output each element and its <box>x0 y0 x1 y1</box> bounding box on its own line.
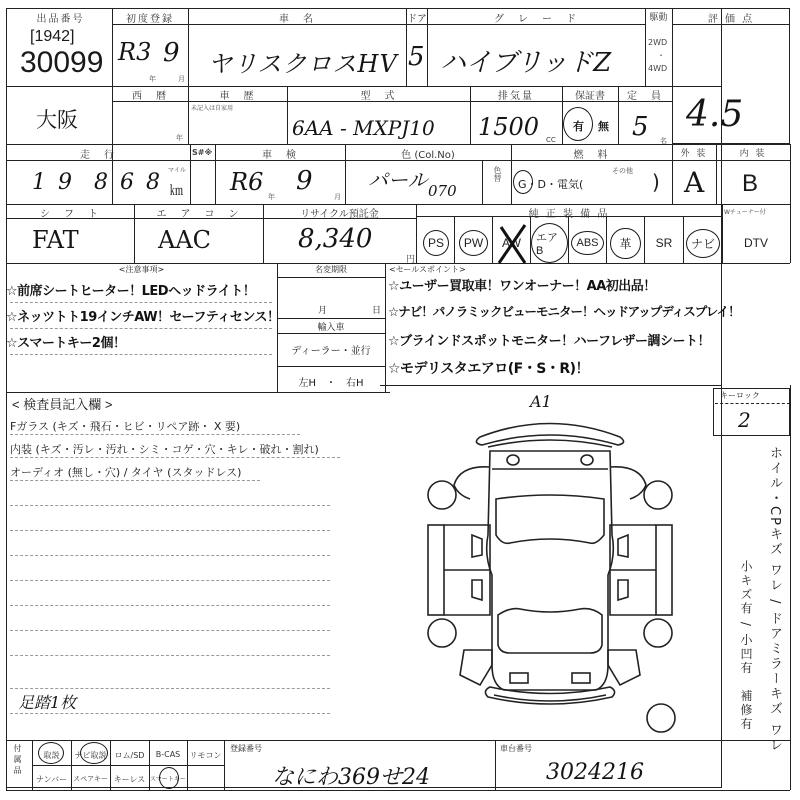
inspection-year: R6 <box>230 168 263 196</box>
row4-right-bottom <box>722 263 790 264</box>
mileage-digit: 1 <box>32 170 46 195</box>
note-guide <box>10 434 300 435</box>
accessory-spare-key: スペアキー <box>71 774 110 784</box>
mileage-mile-label: マイル <box>168 165 186 174</box>
displacement: 1500 <box>478 113 539 141</box>
col-divider <box>112 8 113 204</box>
note-guide <box>10 555 330 556</box>
fuel-close-paren: ) <box>652 170 660 194</box>
grade-label: グ レ ー ド <box>427 10 645 25</box>
note-guide <box>10 302 272 303</box>
col-divider <box>495 740 496 790</box>
inspector-title: < 検査員記入欄 > <box>12 394 112 413</box>
damage-mark-a1: A1 <box>530 392 552 411</box>
score-header-line <box>672 24 790 25</box>
note-guide <box>10 580 330 581</box>
header-line <box>277 366 385 367</box>
sales-line: ☆モデリスタエアロ(F・S・R)！ <box>388 358 589 378</box>
note-guide <box>10 328 272 329</box>
plate-label: 登録番号 <box>230 743 262 754</box>
equip-sunroof-label: SR <box>656 236 673 250</box>
caution-line: ☆スマートキー2個！ <box>6 332 125 351</box>
note-guide <box>10 480 260 481</box>
sales-label: <セールスポイント> <box>389 264 466 275</box>
header-line <box>715 403 790 404</box>
right-border <box>790 385 791 745</box>
car-damage-diagram <box>420 395 680 735</box>
equip-abs: ABS <box>569 225 606 261</box>
accessory-keyless: キーレス <box>110 774 149 785</box>
tuner-label: Wチューナー付 <box>724 207 766 216</box>
equip-navi: ナビ <box>684 225 722 261</box>
warranty-label: 保証書 <box>562 87 618 102</box>
mileage-digit: 8 <box>146 170 160 195</box>
car-name-label: 車 名 <box>188 10 406 25</box>
right-border <box>790 740 791 790</box>
year-label: 西 暦 <box>112 87 188 102</box>
note-guide <box>10 630 330 631</box>
header-line <box>277 318 385 319</box>
equip-leather-label: 革 <box>610 228 640 259</box>
exterior-grade: A <box>684 166 704 199</box>
fuel-other-label: その他 <box>612 166 633 176</box>
displacement-label: 排気量 <box>470 87 562 102</box>
shift-value: FAT <box>32 226 79 254</box>
equip-sunroof: SR <box>645 225 683 261</box>
interior-grade: B <box>742 170 758 198</box>
equip-dtv: DTV <box>722 225 790 261</box>
ac-value: AAC <box>158 226 211 254</box>
equip-airbag: エアB <box>531 225 568 261</box>
right-border <box>790 204 791 263</box>
accessory-circle <box>38 742 64 764</box>
s-label: S#※ <box>192 148 212 157</box>
first-reg-year: R3 <box>118 38 151 66</box>
fuel-label: 燃 料 <box>511 146 672 161</box>
wheel-damage-legend: ホイル・CPキズ ワレ / ドアミラーキズ ワレ <box>765 446 784 753</box>
equip-dtv-label: DTV <box>744 236 768 250</box>
header-line <box>277 333 385 334</box>
day-label: 日 <box>372 303 381 316</box>
first-reg-label: 初度登録 <box>112 10 188 25</box>
grade: ハイブリッドZ <box>440 42 611 79</box>
mileage-digit: 6 <box>120 170 134 195</box>
equip-leather: 革 <box>607 225 644 261</box>
handwritten-note: 足踏1枚 <box>18 690 76 713</box>
col-divider <box>224 740 225 790</box>
import-label: 輸入車 <box>277 320 385 333</box>
note-guide <box>10 688 330 689</box>
sales-line: ☆ナビ！パノラミックビューモニター！ヘッドアップディスプレイ！ <box>388 302 740 320</box>
mileage-km-mark: ㎞ <box>170 180 183 199</box>
note-guide <box>10 457 340 458</box>
cross-out-icon <box>495 221 529 267</box>
color-code: 070 <box>428 182 457 200</box>
note-guide <box>10 505 330 506</box>
month-unit: 月 <box>178 74 185 84</box>
import-type: ディーラー・並行 <box>277 342 385 357</box>
lot-label: 出品番号 <box>18 10 103 25</box>
caution-line: ☆ネッツトト19インチAW！セーフティセンス！ <box>6 306 279 325</box>
month-label: 月 <box>318 303 327 316</box>
notes-divider <box>6 392 390 393</box>
color-label: 色 (Col.No) <box>345 146 511 161</box>
capacity: 5 <box>632 112 649 142</box>
fuel-selected-circle <box>513 170 533 194</box>
accessories-label: 付属品 <box>12 744 23 777</box>
note-guide <box>10 605 330 606</box>
first-reg-month: 9 <box>163 38 180 68</box>
note-guide <box>10 713 330 714</box>
warranty-yes-circle <box>563 107 593 141</box>
name-change-label: 名変期限 <box>277 264 385 275</box>
accessory-row-divider <box>32 765 224 766</box>
color-change-label: 色替 <box>492 166 503 182</box>
shift-label: シ フ ト <box>6 205 134 220</box>
capacity-unit: 名 <box>660 136 667 146</box>
drive-label: 駆動 <box>645 10 672 23</box>
recycle-label: リサイクル預託金 <box>263 205 416 220</box>
cc-unit: CC <box>546 136 556 144</box>
mileage-digit: 8 <box>94 170 108 195</box>
steering: 左H ・ 右H <box>277 374 385 389</box>
sales-line: ☆ブラインドスポットモニター！ハーフレザー調シート！ <box>388 330 710 349</box>
inspector-line: Fガラス (キズ・飛石・ヒビ・リペア跡・ X 要) <box>10 418 240 434</box>
col-divider <box>190 144 191 204</box>
year-unit: 年 <box>176 133 183 143</box>
caution-label: <注意事項> <box>6 264 277 275</box>
header-line <box>277 277 385 278</box>
evaluation-score: 4.5 <box>686 94 743 135</box>
equipment-label: 純 正 装 備 品 <box>416 205 722 220</box>
interior-label: 内 装 <box>716 146 790 159</box>
capacity-label: 定 員 <box>618 87 672 102</box>
year-unit: 年 <box>149 74 156 84</box>
drive-4wd: 4WD <box>648 64 667 73</box>
color-name: パール <box>368 164 428 193</box>
equip-airbag-label: エアB <box>531 223 568 263</box>
month-unit: 月 <box>334 192 341 202</box>
equip-ps-label: PS <box>423 230 449 256</box>
warranty-no: 無 <box>598 118 609 134</box>
note-guide <box>10 530 330 531</box>
ac-label: エ ア コ ン <box>134 205 263 220</box>
col-divider <box>385 263 386 392</box>
repair-legend: 小キズ有 / 小凹有 補修有 <box>738 560 755 732</box>
footer-divider <box>6 740 790 741</box>
mileage-label: 走 行 <box>6 146 190 161</box>
inspector-line: オーディオ (無し・穴) / タイヤ (スタッドレス) <box>10 464 241 480</box>
inspection-label: 車 検 <box>215 146 345 161</box>
left-border <box>6 740 7 790</box>
accessory-bcas: B-CAS <box>149 750 187 759</box>
exterior-label: 外 装 <box>672 146 716 159</box>
right-border <box>790 144 791 204</box>
key-lock-value: 2 <box>738 408 751 432</box>
note-guide <box>10 354 272 355</box>
key-lock-label: キーロック <box>720 390 760 401</box>
accessory-remote: リモコン <box>187 750 224 761</box>
inspection-month: 9 <box>296 166 313 196</box>
chassis-label: 車台番号 <box>500 743 532 754</box>
lot-sub-number: [1942] <box>30 28 74 46</box>
equip-pw: PW <box>455 225 492 261</box>
history-label: 車 歴 <box>188 87 287 102</box>
sales-line: ☆ユーザー買取車！ワンオーナー！AA初出品！ <box>388 275 656 294</box>
accessory-circle <box>159 767 179 789</box>
drive-2wd: 2WD <box>648 38 667 47</box>
chassis-number: 3024216 <box>546 760 644 785</box>
accessory-rom-sd: ロム/SD <box>110 750 149 761</box>
equip-aw: AW <box>493 225 530 261</box>
location: 大阪 <box>36 104 78 134</box>
car-name: ヤリスクロスHV <box>208 44 398 79</box>
notes-divider <box>380 385 722 386</box>
equip-abs-label: ABS <box>571 231 603 255</box>
col-divider <box>482 160 483 204</box>
recycle-fee: 8,340 <box>298 224 372 254</box>
door-count: 5 <box>408 42 425 72</box>
accessory-plate: ナンバー <box>32 774 71 785</box>
equip-ps: PS <box>418 225 454 261</box>
plate-number: なにわ369せ24 <box>272 760 430 791</box>
mileage-digit: 9 <box>58 170 72 195</box>
caution-line: ☆前席シートヒーター！LEDヘッドライト！ <box>6 280 255 299</box>
model-label: 型 式 <box>287 87 470 102</box>
year-unit: 年 <box>268 192 275 202</box>
lot-number: 30099 <box>20 46 103 80</box>
history-note: 未記入は自家用 <box>191 103 233 112</box>
inspector-line: 内装 (キズ・汚レ・汚れ・シミ・コゲ・穴・キレ・破れ・割れ) <box>10 441 319 457</box>
drive-sep: ・ <box>657 50 665 61</box>
equip-navi-label: ナビ <box>686 229 720 258</box>
equip-pw-label: PW <box>459 230 488 256</box>
note-guide <box>10 655 330 656</box>
model-code: 6AA - MXPJ10 <box>292 116 435 140</box>
accessory-circle <box>80 742 108 764</box>
